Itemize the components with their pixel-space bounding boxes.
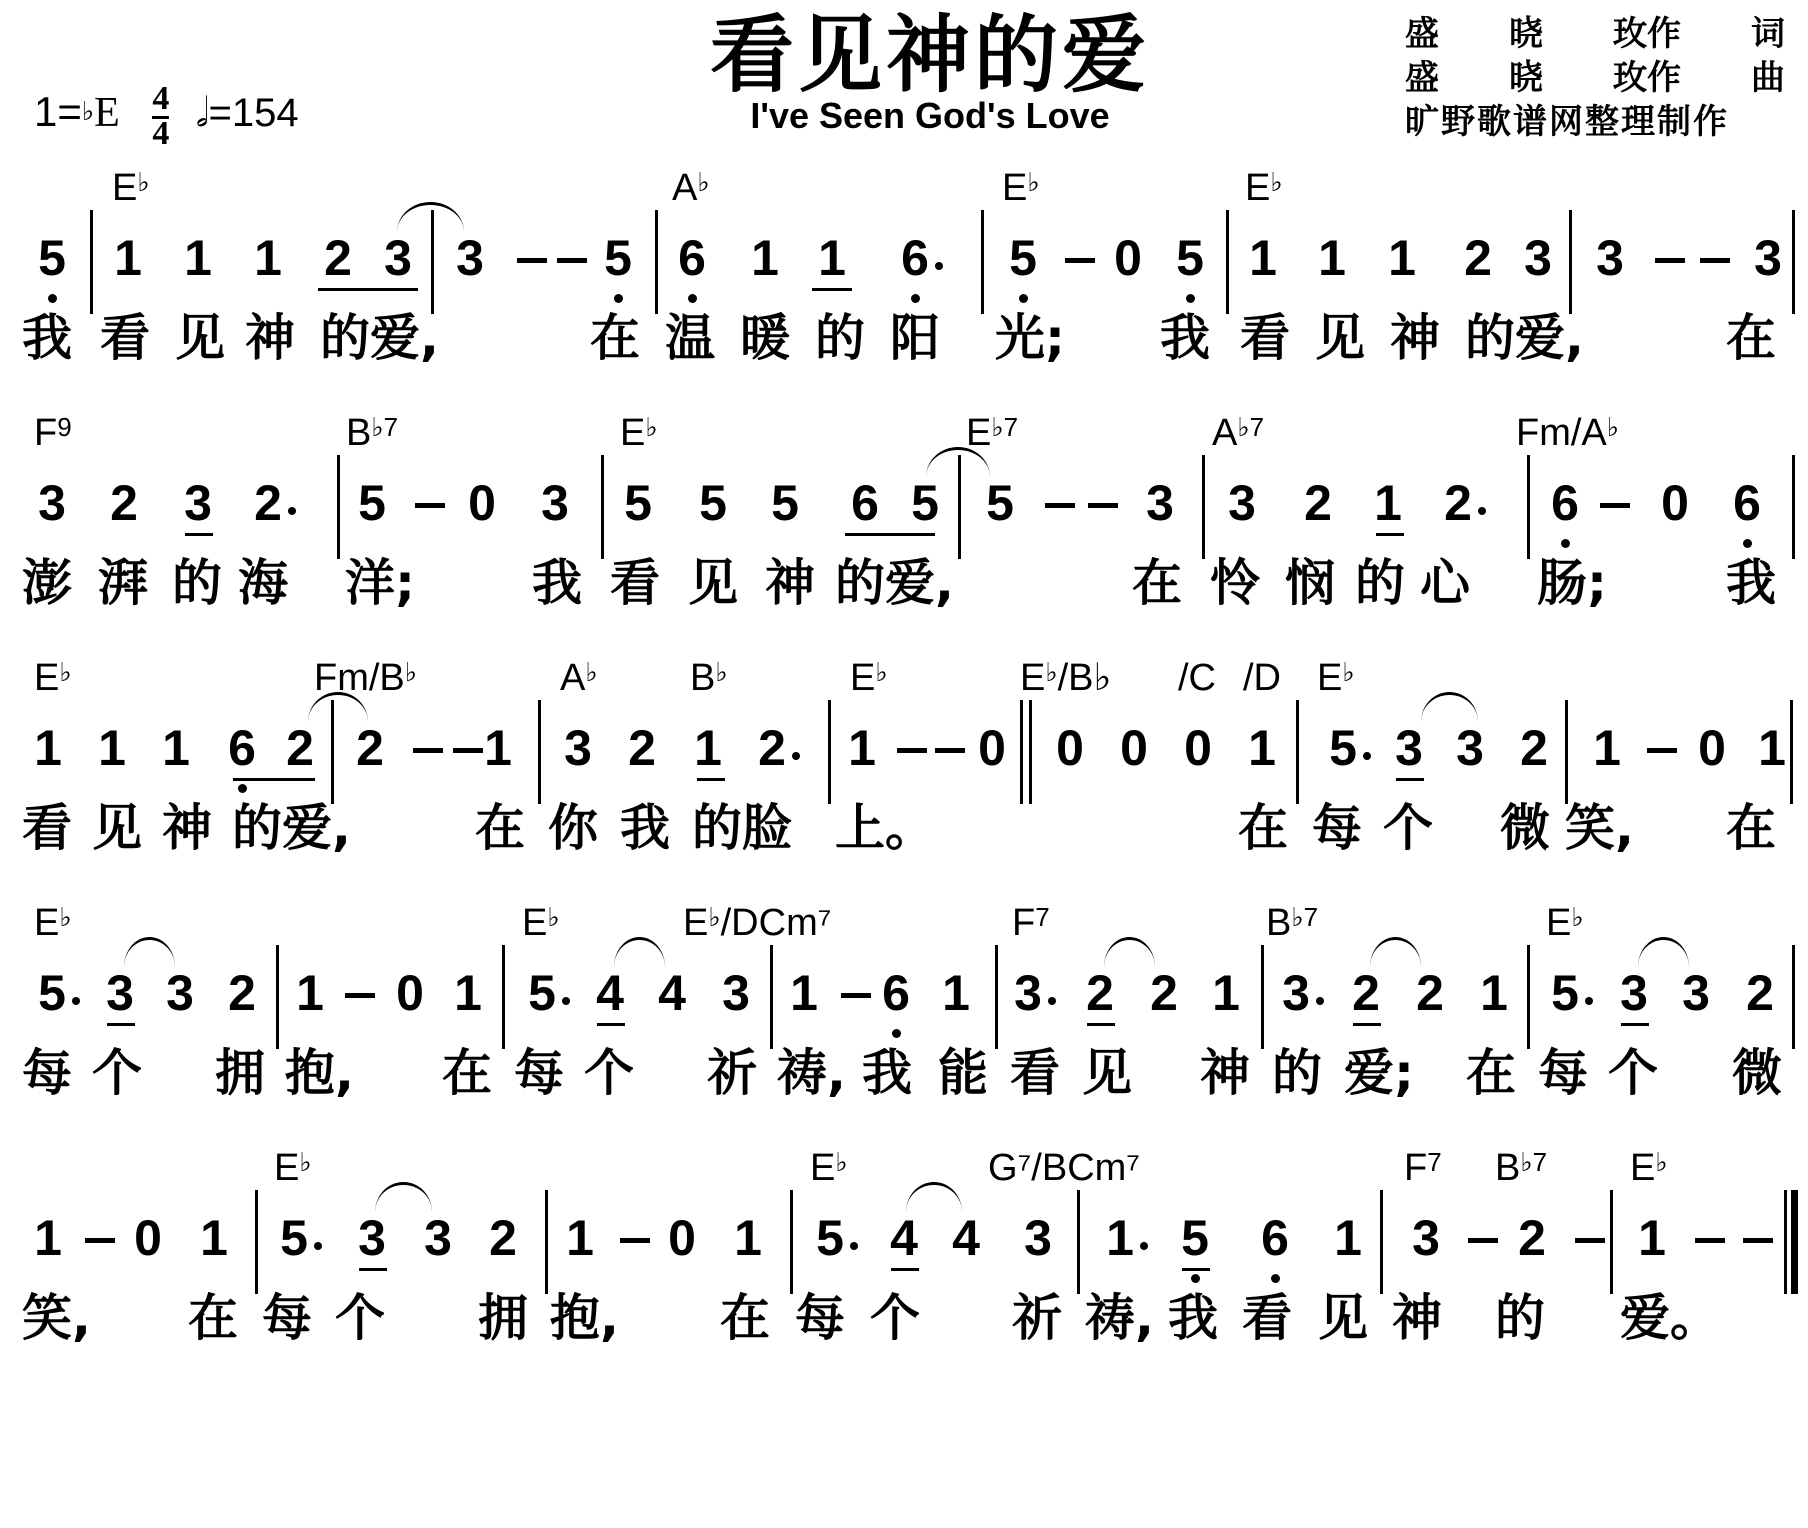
- low-octave-dot: [238, 784, 247, 793]
- eighth-underline: [1396, 778, 1424, 781]
- chord-symbol: E♭: [810, 1148, 848, 1188]
- note: 0: [1108, 230, 1148, 286]
- eighth-underline: [318, 288, 418, 291]
- lyric-text: 个: [92, 1043, 142, 1103]
- barline: [1790, 700, 1793, 804]
- lyric-text: 的爱,: [835, 553, 954, 613]
- augmentation-dot: [1585, 997, 1593, 1005]
- barline: [1610, 1190, 1613, 1294]
- note: 1: [1312, 230, 1352, 286]
- tie-arc: [375, 1182, 432, 1212]
- note: 3: [100, 965, 140, 1021]
- lyric-text: 湃: [98, 553, 148, 613]
- lyric-text: 我: [1160, 308, 1210, 368]
- chord-symbol: E♭/DCm⁷: [683, 903, 831, 943]
- note: 5: [274, 1210, 314, 1266]
- credit-role: 曲: [1751, 56, 1785, 100]
- augmentation-dot: [792, 752, 800, 760]
- tie-arc: [1638, 937, 1689, 967]
- note: 5: [1323, 720, 1363, 776]
- low-octave-dot: [48, 294, 57, 303]
- lyric-text: 爱。: [1620, 1288, 1720, 1348]
- lyric-text: 在: [1726, 308, 1776, 368]
- chord-symbol: A♭: [560, 658, 598, 698]
- low-octave-dot: [1743, 539, 1752, 548]
- note: 5: [598, 230, 638, 286]
- note: 5: [693, 475, 733, 531]
- note: 2: [1410, 965, 1450, 1021]
- lyric-text: 每: [22, 1043, 72, 1103]
- chord-symbol: F7: [1404, 1148, 1442, 1188]
- chord-symbol: E♭: [850, 658, 888, 698]
- barline: [1296, 700, 1299, 804]
- note: 0: [1655, 475, 1695, 531]
- note: 6: [1255, 1210, 1295, 1266]
- chord-symbol: B♭7: [346, 413, 398, 453]
- note: 0: [1178, 720, 1218, 776]
- lyric-text: 见: [1318, 1288, 1368, 1348]
- song-title: 看见神的爱: [650, 0, 1210, 110]
- chord-symbol: B♭7: [1495, 1148, 1547, 1188]
- sustain-dash: [557, 258, 587, 263]
- sustain-dash: [413, 748, 443, 753]
- note: 5: [1003, 230, 1043, 286]
- lyric-text: 海: [238, 553, 288, 613]
- flat-icon: ♭: [715, 657, 727, 687]
- chord-symbol: B♭7: [1266, 903, 1318, 943]
- lyric-text: 在: [475, 798, 525, 858]
- low-octave-dot: [1191, 1274, 1200, 1283]
- credit-char: 玫作: [1613, 56, 1681, 100]
- lyric-text: 你: [548, 798, 598, 858]
- barline: [1380, 1190, 1383, 1294]
- note: 6: [672, 230, 712, 286]
- eighth-underline: [233, 778, 315, 781]
- sustain-dash: [897, 748, 927, 753]
- chord-symbol: A♭7: [1212, 413, 1264, 453]
- note: 0: [662, 1210, 702, 1266]
- lyric-text: 的: [1355, 553, 1405, 613]
- sustain-dash: [1647, 748, 1677, 753]
- tempo-value: =154: [209, 91, 299, 135]
- lyric-text: 在: [1466, 1043, 1516, 1103]
- eighth-underline: [812, 288, 852, 291]
- lyric-text: 在: [188, 1288, 238, 1348]
- lyric-text: 笑,: [1565, 798, 1634, 858]
- sustain-dash: [85, 1238, 115, 1243]
- eighth-underline: [185, 533, 213, 536]
- flat-icon: ♭: [1607, 412, 1619, 442]
- eighth-underline: [1621, 1023, 1649, 1026]
- lyric-text: 个: [335, 1288, 385, 1348]
- half-note-icon: 𝅗𝅥: [196, 91, 209, 135]
- sustain-dash: [620, 1238, 650, 1243]
- note: 3: [1450, 720, 1490, 776]
- note: 2: [318, 230, 358, 286]
- lyric-text: 看: [22, 798, 72, 858]
- note: 1: [1382, 230, 1422, 286]
- note: 3: [1590, 230, 1630, 286]
- note: 5: [32, 230, 72, 286]
- credit-char: 玫作: [1613, 12, 1681, 56]
- lyric-text: 的: [815, 308, 865, 368]
- flat-icon: ♭: [1045, 657, 1057, 687]
- note: 6: [222, 720, 262, 776]
- lyric-text: 微: [1500, 798, 1550, 858]
- tie-arc: [906, 1182, 962, 1212]
- note: 3: [1276, 965, 1316, 1021]
- low-octave-dot: [1561, 539, 1570, 548]
- eighth-underline: [845, 533, 935, 536]
- chord-symbol: E♭/B♭: [1020, 658, 1111, 698]
- chord-symbol: E♭: [1245, 168, 1283, 208]
- lyric-text: 我: [1168, 1288, 1218, 1348]
- flat-icon: ♭: [299, 1147, 311, 1177]
- lyric-text: 我: [862, 1043, 912, 1103]
- lyric-text: 的爱,: [1465, 308, 1584, 368]
- sustain-dash: [1600, 503, 1630, 508]
- flat-icon: ♭: [835, 1147, 847, 1177]
- lyric-text: 神: [765, 553, 815, 613]
- credit-role: 词: [1751, 12, 1785, 56]
- note: 1: [1632, 1210, 1672, 1266]
- note: 3: [1008, 965, 1048, 1021]
- note: 3: [1406, 1210, 1446, 1266]
- eighth-underline: [1353, 1023, 1381, 1026]
- note: 1: [745, 230, 785, 286]
- tie-arc: [1104, 937, 1155, 967]
- note: 3: [378, 230, 418, 286]
- augmentation-dot: [1140, 1242, 1148, 1250]
- note: 3: [1518, 230, 1558, 286]
- flat-icon: ♭: [1027, 167, 1039, 197]
- note: 1: [784, 965, 824, 1021]
- sustain-dash: [415, 503, 445, 508]
- note: 0: [1114, 720, 1154, 776]
- note: 1: [812, 230, 852, 286]
- key-signature: 1=♭E 4 4 𝅗𝅥=154: [34, 82, 299, 149]
- time-signature-bottom: 4: [152, 119, 169, 149]
- note: 5: [810, 1210, 850, 1266]
- chord-symbol: E♭: [1630, 1148, 1668, 1188]
- lyric-text: 的: [1495, 1288, 1545, 1348]
- barline: [545, 1190, 548, 1294]
- credit-char: 晓: [1509, 56, 1543, 100]
- note: 1: [108, 230, 148, 286]
- barline: [828, 700, 831, 804]
- note: 1: [248, 230, 288, 286]
- eighth-underline: [1087, 1023, 1115, 1026]
- note: 1: [28, 1210, 68, 1266]
- low-octave-dot: [1019, 294, 1028, 303]
- eighth-underline: [891, 1268, 919, 1271]
- note: 1: [688, 720, 728, 776]
- note: 5: [980, 475, 1020, 531]
- flat-icon: ♭: [1571, 902, 1583, 932]
- low-octave-dot: [892, 1029, 901, 1038]
- note: 3: [716, 965, 756, 1021]
- sustain-dash: [345, 993, 375, 998]
- augmentation-dot: [1048, 997, 1056, 1005]
- barline: [255, 1190, 258, 1294]
- barline: [601, 455, 604, 559]
- note: 0: [128, 1210, 168, 1266]
- sustain-dash: [1045, 503, 1075, 508]
- tie-arc: [397, 202, 464, 232]
- eighth-underline: [1376, 533, 1404, 536]
- lyric-text: 见: [688, 553, 738, 613]
- note: 5: [1175, 1210, 1215, 1266]
- note: 1: [92, 720, 132, 776]
- note: 2: [1740, 965, 1780, 1021]
- flat-icon: ♭: [875, 657, 887, 687]
- lyric-text: 看: [1242, 1288, 1292, 1348]
- lyric-text: 能: [938, 1043, 988, 1103]
- sustain-dash: [1065, 258, 1095, 263]
- low-octave-dot: [688, 294, 697, 303]
- augmentation-dot: [314, 1242, 322, 1250]
- flat-icon: ♭: [991, 412, 1003, 442]
- sustain-dash: [1655, 258, 1685, 263]
- note: 3: [352, 1210, 392, 1266]
- barline: [1792, 455, 1795, 559]
- lyric-text: 祈: [1012, 1288, 1062, 1348]
- sustain-dash: [1743, 1238, 1773, 1243]
- lyric-text: 神: [1200, 1043, 1250, 1103]
- barline: [1527, 945, 1530, 1049]
- note: 5: [32, 965, 72, 1021]
- chord-symbol: B♭: [690, 658, 728, 698]
- note: 3: [535, 475, 575, 531]
- note: 1: [560, 1210, 600, 1266]
- chord-symbol: F9: [34, 413, 72, 453]
- chord-symbol: E♭: [1546, 903, 1584, 943]
- note: 3: [1389, 720, 1429, 776]
- note: 3: [1222, 475, 1262, 531]
- note: 6: [876, 965, 916, 1021]
- credit-char: 晓: [1509, 12, 1543, 56]
- chord-symbol: /D: [1243, 658, 1281, 698]
- lyric-text: 祷,: [1085, 1288, 1154, 1348]
- eighth-underline: [1182, 1268, 1210, 1271]
- flat-icon: ♭: [585, 657, 597, 687]
- lyric-text: 拥: [478, 1288, 528, 1348]
- chord-symbol: E♭: [34, 658, 72, 698]
- note: 1: [178, 230, 218, 286]
- note: 3: [558, 720, 598, 776]
- note: 2: [1438, 475, 1478, 531]
- lyric-text: 每: [795, 1288, 845, 1348]
- lyric-text: 神: [1392, 1288, 1442, 1348]
- note: 5: [522, 965, 562, 1021]
- chord-symbol: /C: [1178, 658, 1216, 698]
- sustain-dash: [841, 993, 871, 998]
- lyric-text: 笑,: [22, 1288, 91, 1348]
- chord-symbol: E♭: [34, 903, 72, 943]
- credit-char: 盛: [1405, 56, 1439, 100]
- note: 1: [728, 1210, 768, 1266]
- lyric-text: 见: [92, 798, 142, 858]
- augmentation-dot: [1363, 752, 1371, 760]
- lyric-text: 看: [100, 308, 150, 368]
- note: 0: [1692, 720, 1732, 776]
- note: 2: [280, 720, 320, 776]
- eighth-underline: [107, 1023, 135, 1026]
- note: 3: [1018, 1210, 1058, 1266]
- note: 2: [1346, 965, 1386, 1021]
- tempo-marking: 𝅗𝅥=154: [196, 91, 299, 135]
- lyric-text: 抱,: [285, 1043, 354, 1103]
- low-octave-dot: [1271, 1274, 1280, 1283]
- tie-arc: [1421, 692, 1478, 722]
- flat-icon: ♭: [708, 902, 720, 932]
- tie-arc: [1370, 937, 1421, 967]
- chord-symbol: E♭: [112, 168, 150, 208]
- barline: [1569, 210, 1572, 314]
- lyric-text: 我: [1726, 553, 1776, 613]
- tie-arc: [124, 937, 175, 967]
- note: 5: [1545, 965, 1585, 1021]
- note: 1: [156, 720, 196, 776]
- low-octave-dot: [911, 294, 920, 303]
- note: 2: [1458, 230, 1498, 286]
- note: 2: [1144, 965, 1184, 1021]
- barline: [770, 945, 773, 1049]
- note: 2: [222, 965, 262, 1021]
- lyric-text: 每: [1538, 1043, 1588, 1103]
- song-subtitle: I've Seen God's Love: [650, 96, 1210, 136]
- note: 1: [1368, 475, 1408, 531]
- barline: [1565, 700, 1568, 804]
- note: 0: [972, 720, 1012, 776]
- augmentation-dot: [562, 997, 570, 1005]
- credit-char: 盛: [1405, 12, 1439, 56]
- flat-icon: ♭: [1237, 412, 1249, 442]
- lyric-text: 个: [870, 1288, 920, 1348]
- note: 3: [450, 230, 490, 286]
- lyric-text: 看: [610, 553, 660, 613]
- sustain-dash: [1695, 1238, 1725, 1243]
- lyric-text: 神: [245, 308, 295, 368]
- lyric-text: 光;: [995, 308, 1065, 368]
- note: 4: [590, 965, 630, 1021]
- lyric-text: 的: [1272, 1043, 1322, 1103]
- note: 5: [765, 475, 805, 531]
- lyric-text: 神: [162, 798, 212, 858]
- note: 4: [946, 1210, 986, 1266]
- lyric-text: 阳: [890, 308, 940, 368]
- note: 5: [1170, 230, 1210, 286]
- barline: [1527, 455, 1530, 559]
- lyric-text: 每: [262, 1288, 312, 1348]
- note: 4: [884, 1210, 924, 1266]
- lyric-text: 怜: [1210, 553, 1260, 613]
- barline: [337, 455, 340, 559]
- sustain-dash: [1468, 1238, 1498, 1243]
- note: 1: [1243, 230, 1283, 286]
- note: 0: [462, 475, 502, 531]
- flat-icon: ♭: [1291, 902, 1303, 932]
- eighth-underline: [597, 1023, 625, 1026]
- augmentation-dot: [288, 507, 296, 515]
- barline: [1792, 210, 1795, 314]
- chord-symbol: E♭: [1317, 658, 1355, 698]
- note: 1: [1752, 720, 1792, 776]
- note: 5: [618, 475, 658, 531]
- lyric-text: 每: [1312, 798, 1362, 858]
- chord-symbol: E♭: [1002, 168, 1040, 208]
- chord-symbol: E♭: [620, 413, 658, 453]
- barline: [538, 700, 541, 804]
- lyric-text: 的: [172, 553, 222, 613]
- lyric-text: 看: [1240, 308, 1290, 368]
- chord-symbol: F7: [1012, 903, 1050, 943]
- note: 4: [652, 965, 692, 1021]
- sustain-dash: [517, 258, 547, 263]
- chord-symbol: E♭: [274, 1148, 312, 1188]
- lyric-text: 个: [584, 1043, 634, 1103]
- note: 2: [350, 720, 390, 776]
- key-prefix: 1=: [34, 88, 82, 135]
- time-signature: 4 4: [152, 84, 169, 149]
- note: 1: [194, 1210, 234, 1266]
- lyric-text: 肠;: [1537, 553, 1607, 613]
- barline: [1261, 945, 1264, 1049]
- arranger-credit: 旷野歌谱网整理制作: [1405, 100, 1785, 144]
- barline: [981, 210, 984, 314]
- note: 1: [1242, 720, 1282, 776]
- lyric-text: 个: [1608, 1043, 1658, 1103]
- credit-full: 旷野歌谱网整理制作: [1405, 100, 1729, 144]
- note: 0: [1050, 720, 1090, 776]
- lyric-text: 心: [1420, 553, 1470, 613]
- sustain-dash: [1700, 258, 1730, 263]
- lyric-text: 在: [590, 308, 640, 368]
- lyricist-credit: 盛 晓 玫作 词: [1405, 12, 1785, 56]
- note: 3: [32, 475, 72, 531]
- flat-icon: ♭: [371, 412, 383, 442]
- lyric-text: 在: [442, 1043, 492, 1103]
- barline: [1792, 945, 1795, 1049]
- key-letter: E: [94, 90, 120, 136]
- lyric-text: 拥: [215, 1043, 265, 1103]
- note: 2: [1512, 1210, 1552, 1266]
- barline: [1202, 455, 1205, 559]
- note: 2: [248, 475, 288, 531]
- lyric-text: 洋;: [345, 553, 415, 613]
- chord-symbol: E♭: [522, 903, 560, 943]
- note: 2: [1514, 720, 1554, 776]
- note: 1: [478, 720, 518, 776]
- flat-icon: ♭: [697, 167, 709, 197]
- note: 3: [1676, 965, 1716, 1021]
- barline: [1077, 1190, 1080, 1294]
- note: 2: [483, 1210, 523, 1266]
- sustain-dash: [935, 748, 965, 753]
- note: 6: [895, 230, 935, 286]
- augmentation-dot: [935, 262, 943, 270]
- note: 6: [1545, 475, 1585, 531]
- lyric-text: 每: [514, 1043, 564, 1103]
- flat-icon: ♭: [547, 902, 559, 932]
- lyric-text: 神: [1390, 308, 1440, 368]
- lyric-text: 个: [1383, 798, 1433, 858]
- flat-icon: ♭: [1520, 1147, 1532, 1177]
- note: 0: [390, 965, 430, 1021]
- note: 3: [1614, 965, 1654, 1021]
- flat-icon: ♭: [59, 902, 71, 932]
- note: 5: [352, 475, 392, 531]
